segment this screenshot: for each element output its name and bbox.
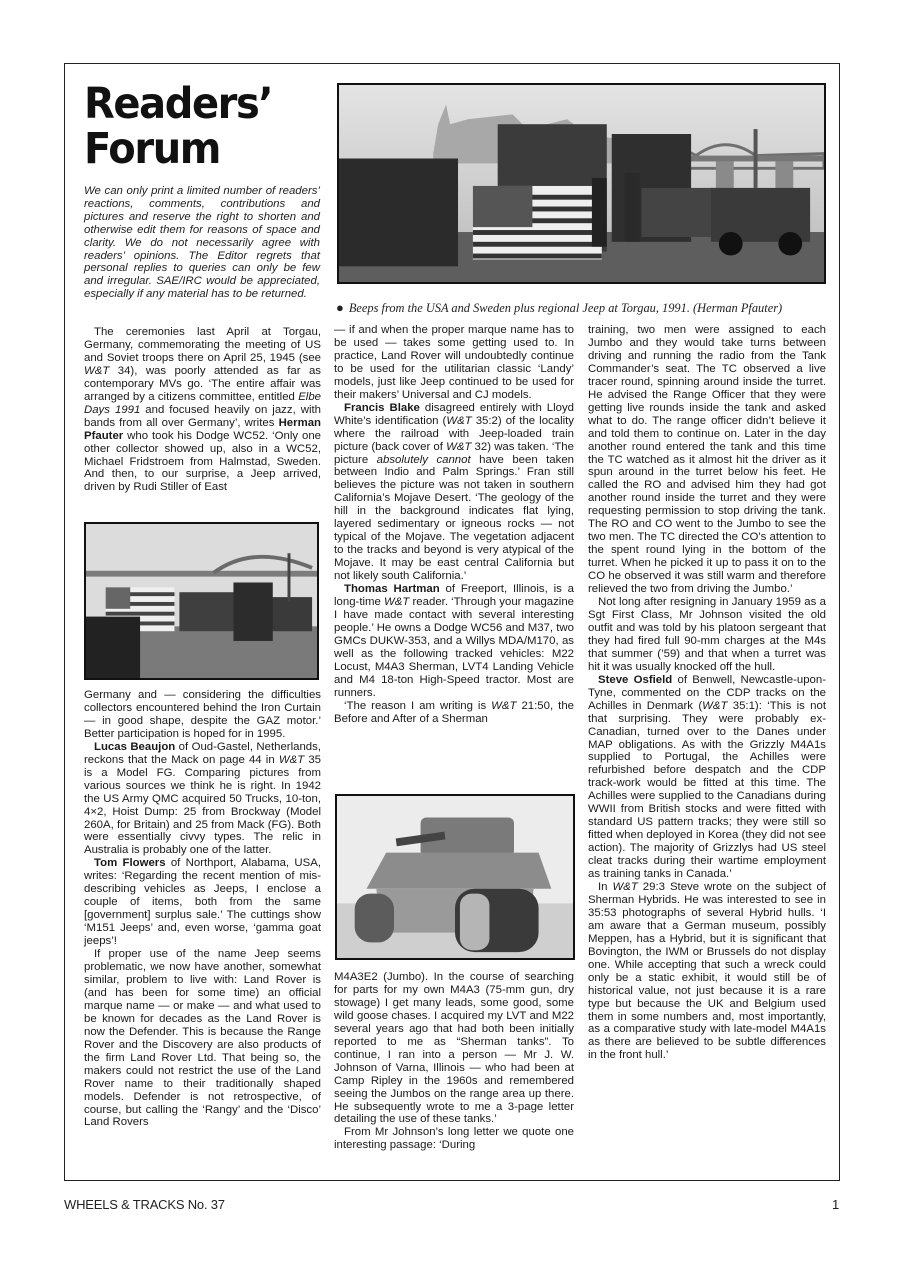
- magazine-ref: W&T: [446, 441, 471, 453]
- caption-text: Beeps from the USA and Sweden plus regio…: [349, 301, 782, 315]
- magazine-ref: W&T: [613, 881, 638, 893]
- paragraph-hartman-letter-continued: M4A3E2 (Jumbo). In the course of search­…: [334, 971, 574, 1126]
- paragraph-land-rover-continued: — if and when the proper marque name has…: [334, 324, 574, 402]
- magazine-ref: W&T: [279, 754, 304, 766]
- photo-jumbo-tank: [335, 794, 575, 960]
- magazine-ref: W&T: [384, 596, 409, 608]
- paragraph-beaujon: Lucas Beaujon of Oud-Gastel, Nether­land…: [84, 741, 321, 858]
- paragraph-johnson-intro: From Mr Johnson’s long letter we quote o…: [334, 1126, 574, 1152]
- paragraph-flowers: Tom Flowers of Northport, Alabama, USA, …: [84, 857, 321, 948]
- caption-bullet-icon: ●: [336, 300, 344, 315]
- contributor-name: Tom Flowers: [94, 857, 166, 869]
- text: The ceremonies last April at Torgau, Ger…: [84, 326, 321, 364]
- photo-torgau-jeeps: [337, 83, 826, 284]
- footer-publication: WHEELS & TRACKS No. 37: [64, 1197, 225, 1212]
- text: 35 is a Model FG. Comparing pictures fro…: [84, 754, 321, 857]
- magazine-ref: W&T: [84, 365, 109, 377]
- column-2-top: — if and when the proper marque name has…: [334, 324, 574, 726]
- contributor-name: Lucas Beaujon: [94, 741, 175, 753]
- paragraph-blake: Francis Blake disagreed entirely with Ll…: [334, 402, 574, 583]
- magazine-ref: W&T: [446, 415, 471, 427]
- photo-bridge-image: [86, 524, 317, 678]
- column-3: training, two men were assigned to each …: [588, 324, 826, 1062]
- text: In: [598, 881, 613, 893]
- column-1-bottom: Germany and — considering the difficul­t…: [84, 689, 321, 1129]
- text: 35:1): ‘This is not that surprising. The…: [588, 700, 826, 880]
- text: 29:3 Steve wrote on the subject of Sherm…: [588, 881, 826, 1061]
- title-line-1: Readers’: [84, 82, 307, 127]
- photo-torgau-image: [339, 85, 824, 282]
- paragraph-hartman-letter: ‘The reason I am writing is W&T 21:50, t…: [334, 700, 574, 726]
- contributor-name: Thomas Hartman: [344, 583, 440, 595]
- magazine-ref: W&T: [702, 700, 727, 712]
- paragraph-torgau-continued: Germany and — considering the difficul­t…: [84, 689, 321, 741]
- contributor-name: Steve Osfield: [598, 674, 672, 686]
- text: reader. ‘Through your magazine I have ma…: [334, 596, 574, 699]
- photo-caption: ●Beeps from the USA and Sweden plus regi…: [336, 300, 836, 316]
- paragraph-land-rover: If proper use of the name Jeep seems pro…: [84, 948, 321, 1129]
- emphasis: absolutely cannot: [377, 454, 471, 466]
- paragraph-hybrids: In W&T 29:3 Steve wrote on the subject o…: [588, 881, 826, 1062]
- text: 34), was poorly attended as far as conte…: [84, 365, 321, 403]
- photo-tank-image: [337, 796, 573, 958]
- paragraph-torgau: The ceremonies last April at Torgau, Ger…: [84, 326, 321, 494]
- footer-page-number: 1: [832, 1197, 839, 1212]
- title-line-2: Forum: [84, 127, 307, 172]
- page-title: Readers’ Forum: [84, 82, 307, 172]
- paragraph-johnson-quote: training, two men were assigned to each …: [588, 324, 826, 596]
- text: of Northport, Alabama, USA, writes: ‘Reg…: [84, 857, 321, 947]
- paragraph-osfield: Steve Osfield of Benwell, Newcastle-upon…: [588, 674, 826, 881]
- text: have been taken between Indio and Palm S…: [334, 454, 574, 583]
- magazine-ref: W&T: [491, 700, 516, 712]
- paragraph-hartman: Thomas Hartman of Freeport, Illinois, is…: [334, 583, 574, 700]
- text: ‘The reason I am writing is: [344, 700, 491, 712]
- paragraph-johnson-1959: Not long after resigning in January 1959…: [588, 596, 826, 674]
- photo-torgau-bridge: [84, 522, 319, 680]
- contributor-name: Francis Blake: [344, 402, 420, 414]
- editorial-notice: We can only print a limited number of re…: [84, 185, 320, 301]
- column-1-top: The ceremonies last April at Torgau, Ger…: [84, 326, 321, 494]
- column-2-bottom: M4A3E2 (Jumbo). In the course of search­…: [334, 971, 574, 1152]
